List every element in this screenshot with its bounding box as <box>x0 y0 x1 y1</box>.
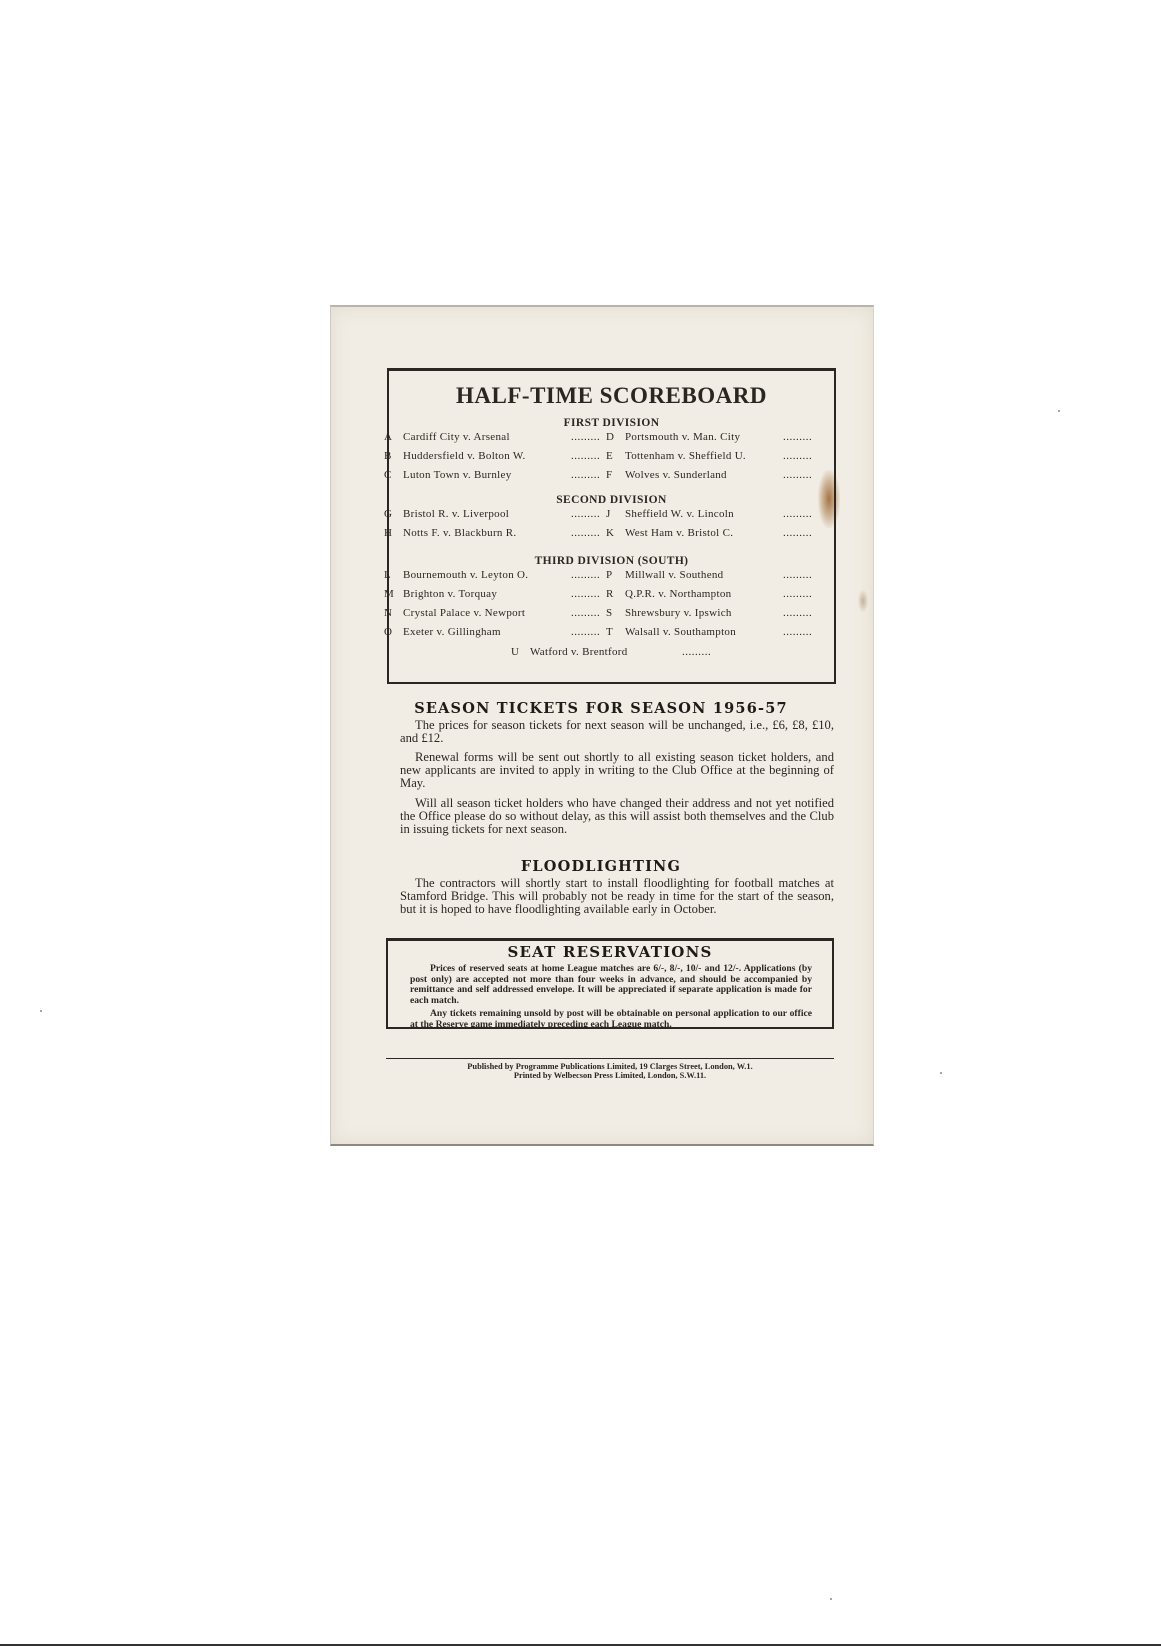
seat-reservations-paragraph: Prices of reserved seats at home League … <box>410 964 812 1006</box>
fixture-row: BHuddersfield v. Bolton W. <box>384 450 526 462</box>
fixture-match: Tottenham v. Sheffield U. <box>625 450 746 462</box>
score-blank: ......... <box>783 431 812 443</box>
division-heading-third: THIRD DIVISION (SOUTH) <box>389 555 834 567</box>
score-blank: ......... <box>571 431 600 443</box>
score-blank: ......... <box>571 450 600 462</box>
fixture-match: Brighton v. Torquay <box>403 588 497 600</box>
fixture-letter: L <box>384 569 403 581</box>
season-tickets-paragraph: Will all season ticket holders who have … <box>400 797 834 836</box>
seat-reservations-heading: SEAT RESERVATIONS <box>388 943 832 961</box>
fixture-match: Huddersfield v. Bolton W. <box>403 450 526 462</box>
fixture-match: Crystal Palace v. Newport <box>403 607 525 619</box>
score-blank: ......... <box>571 508 600 520</box>
score-blank: ......... <box>571 527 600 539</box>
fixture-row: FWolves v. Sunderland <box>606 469 727 481</box>
fixture-letter: J <box>606 508 625 520</box>
fixture-match: Millwall v. Southend <box>625 569 723 581</box>
score-blank: ......... <box>783 508 812 520</box>
fixture-letter: M <box>384 588 403 600</box>
score-blank: ......... <box>783 527 812 539</box>
fixture-letter: G <box>384 508 403 520</box>
fixture-row: UWatford v. Brentford <box>511 646 628 658</box>
fixture-row: SShrewsbury v. Ipswich <box>606 607 732 619</box>
fixture-match: Bournemouth v. Leyton O. <box>403 569 528 581</box>
score-blank: ......... <box>571 607 600 619</box>
fixture-match: Shrewsbury v. Ipswich <box>625 607 732 619</box>
fixture-letter: O <box>384 626 403 638</box>
fixture-row: HNotts F. v. Blackburn R. <box>384 527 516 539</box>
scan-speck <box>40 1010 42 1012</box>
publisher-line: Published by Programme Publications Limi… <box>386 1062 834 1071</box>
fixture-letter: S <box>606 607 625 619</box>
fixture-row: NCrystal Palace v. Newport <box>384 607 525 619</box>
score-blank: ......... <box>571 469 600 481</box>
score-blank: ......... <box>571 626 600 638</box>
half-time-scoreboard-box: HALF-TIME SCOREBOARD FIRST DIVISION ACar… <box>387 368 836 684</box>
fixture-match: Exeter v. Gillingham <box>403 626 501 638</box>
fixture-letter: U <box>511 646 530 658</box>
floodlighting-paragraph: The contractors will shortly start to in… <box>400 877 834 916</box>
fixture-letter: P <box>606 569 625 581</box>
seat-reservations-paragraph: Any tickets remaining unsold by post wil… <box>410 1009 812 1030</box>
fixture-row: ACardiff City v. Arsenal <box>384 431 510 443</box>
fixture-match: Wolves v. Sunderland <box>625 469 727 481</box>
season-tickets-heading: SEASON TICKETS FOR SEASON 1956-57 <box>330 700 872 717</box>
fixture-letter: K <box>606 527 625 539</box>
fixture-row: OExeter v. Gillingham <box>384 626 501 638</box>
fixture-letter: B <box>384 450 403 462</box>
fixture-match: Sheffield W. v. Lincoln <box>625 508 734 520</box>
fixture-match: Watford v. Brentford <box>530 646 628 658</box>
fixture-letter: H <box>384 527 403 539</box>
score-blank: ......... <box>571 569 600 581</box>
fixture-row: RQ.P.R. v. Northampton <box>606 588 731 600</box>
fixture-match: Luton Town v. Burnley <box>403 469 512 481</box>
fixture-row: PMillwall v. Southend <box>606 569 723 581</box>
fixture-letter: F <box>606 469 625 481</box>
fixture-letter: T <box>606 626 625 638</box>
fixture-letter: R <box>606 588 625 600</box>
fixture-row: TWalsall v. Southampton <box>606 626 736 638</box>
fixture-match: Walsall v. Southampton <box>625 626 736 638</box>
fixture-match: Portsmouth v. Man. City <box>625 431 740 443</box>
fixture-match: Bristol R. v. Liverpool <box>403 508 509 520</box>
fixture-row: CLuton Town v. Burnley <box>384 469 512 481</box>
scan-speck <box>1058 410 1060 412</box>
score-blank: ......... <box>682 646 711 658</box>
fixture-letter: A <box>384 431 403 443</box>
scan-speck <box>940 1072 942 1074</box>
fixture-row: ETottenham v. Sheffield U. <box>606 450 746 462</box>
scoreboard-title: HALF-TIME SCOREBOARD <box>389 383 834 409</box>
score-blank: ......... <box>783 626 812 638</box>
fixture-row: MBrighton v. Torquay <box>384 588 497 600</box>
floodlighting-heading: FLOODLIGHTING <box>330 858 872 875</box>
score-blank: ......... <box>571 588 600 600</box>
fixture-row: GBristol R. v. Liverpool <box>384 508 509 520</box>
score-blank: ......... <box>783 450 812 462</box>
score-blank: ......... <box>783 569 812 581</box>
season-tickets-paragraph: The prices for season tickets for next s… <box>400 719 834 745</box>
fixture-match: Notts F. v. Blackburn R. <box>403 527 516 539</box>
fixture-letter: D <box>606 431 625 443</box>
footer-rule <box>386 1058 834 1059</box>
score-blank: ......... <box>783 469 812 481</box>
fixture-match: Cardiff City v. Arsenal <box>403 431 510 443</box>
season-tickets-paragraph: Renewal forms will be sent out shortly t… <box>400 751 834 790</box>
score-blank: ......... <box>783 607 812 619</box>
fixture-row: DPortsmouth v. Man. City <box>606 431 740 443</box>
fixture-match: Q.P.R. v. Northampton <box>625 588 731 600</box>
scan-speck <box>830 1598 832 1600</box>
fixture-letter: C <box>384 469 403 481</box>
fixture-row: KWest Ham v. Bristol C. <box>606 527 733 539</box>
rust-stain-small <box>858 590 868 612</box>
fixture-row: LBournemouth v. Leyton O. <box>384 569 528 581</box>
division-heading-first: FIRST DIVISION <box>389 417 834 429</box>
fixture-letter: E <box>606 450 625 462</box>
fixture-letter: N <box>384 607 403 619</box>
score-blank: ......... <box>783 588 812 600</box>
fixture-match: West Ham v. Bristol C. <box>625 527 733 539</box>
fixture-row: JSheffield W. v. Lincoln <box>606 508 734 520</box>
printer-line: Printed by Welbecson Press Limited, Lond… <box>386 1071 834 1080</box>
seat-reservations-box: SEAT RESERVATIONS Prices of reserved sea… <box>386 938 834 1029</box>
division-heading-second: SECOND DIVISION <box>389 494 834 506</box>
